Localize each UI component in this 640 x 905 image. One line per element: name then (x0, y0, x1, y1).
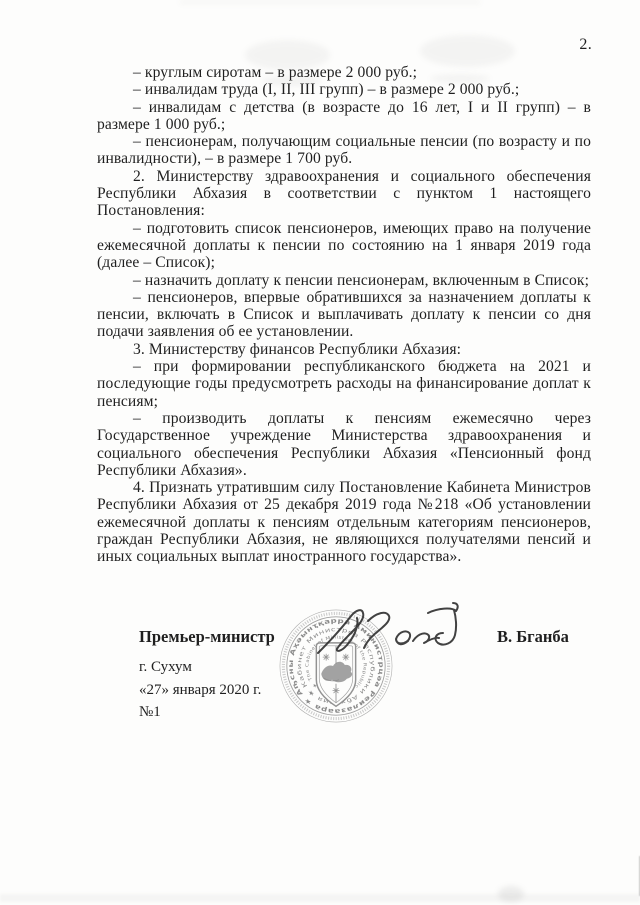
document-body: – круглым сиротам – в размере 2 000 руб.… (97, 64, 591, 566)
paragraph: – назначить доплату к пенсии пенсионерам… (97, 272, 591, 289)
signer-title: Премьер-министр (139, 627, 275, 647)
handwritten-signature (316, 583, 472, 661)
signer-name: В. Бганба (497, 627, 569, 647)
document-place: г. Сухум (139, 659, 192, 676)
paragraph: 2. Министерству здравоохранения и социал… (97, 168, 591, 220)
scanned-document-page: { "page": { "number": "2.", "background_… (0, 0, 640, 905)
paragraph: – при формировании республиканского бюдж… (97, 358, 591, 410)
scan-artifact-bottom-smudge (498, 886, 524, 902)
paragraph: – производить доплаты к пенсиям ежемесяч… (97, 410, 591, 479)
paragraph: – инвалидам труда (I, II, III групп) – в… (97, 81, 591, 98)
scan-artifact-bottom-streak (0, 894, 640, 902)
paragraph: – пенсионеров, впервые обратившихся за н… (97, 289, 591, 341)
paragraph: – инвалидам с детства (в возрасте до 16 … (97, 99, 591, 134)
paragraph: – круглым сиротам – в размере 2 000 руб.… (97, 64, 591, 81)
paragraph: 3. Министерству финансов Республики Абха… (97, 341, 591, 358)
scan-artifact-page-curl (634, 856, 640, 896)
paragraph: – пенсионерам, получающим социальные пен… (97, 133, 591, 168)
scan-artifact-ghost-text (420, 35, 515, 67)
page-number: 2. (579, 36, 592, 54)
document-number: №1 (139, 704, 161, 721)
document-date: «27» января 2020 г. (139, 682, 261, 699)
scan-artifact-top-edge (180, 0, 480, 4)
paragraph: 4. Признать утратившим силу Постановлени… (97, 479, 591, 565)
paragraph: – подготовить список пенсионеров, имеющи… (97, 220, 591, 272)
